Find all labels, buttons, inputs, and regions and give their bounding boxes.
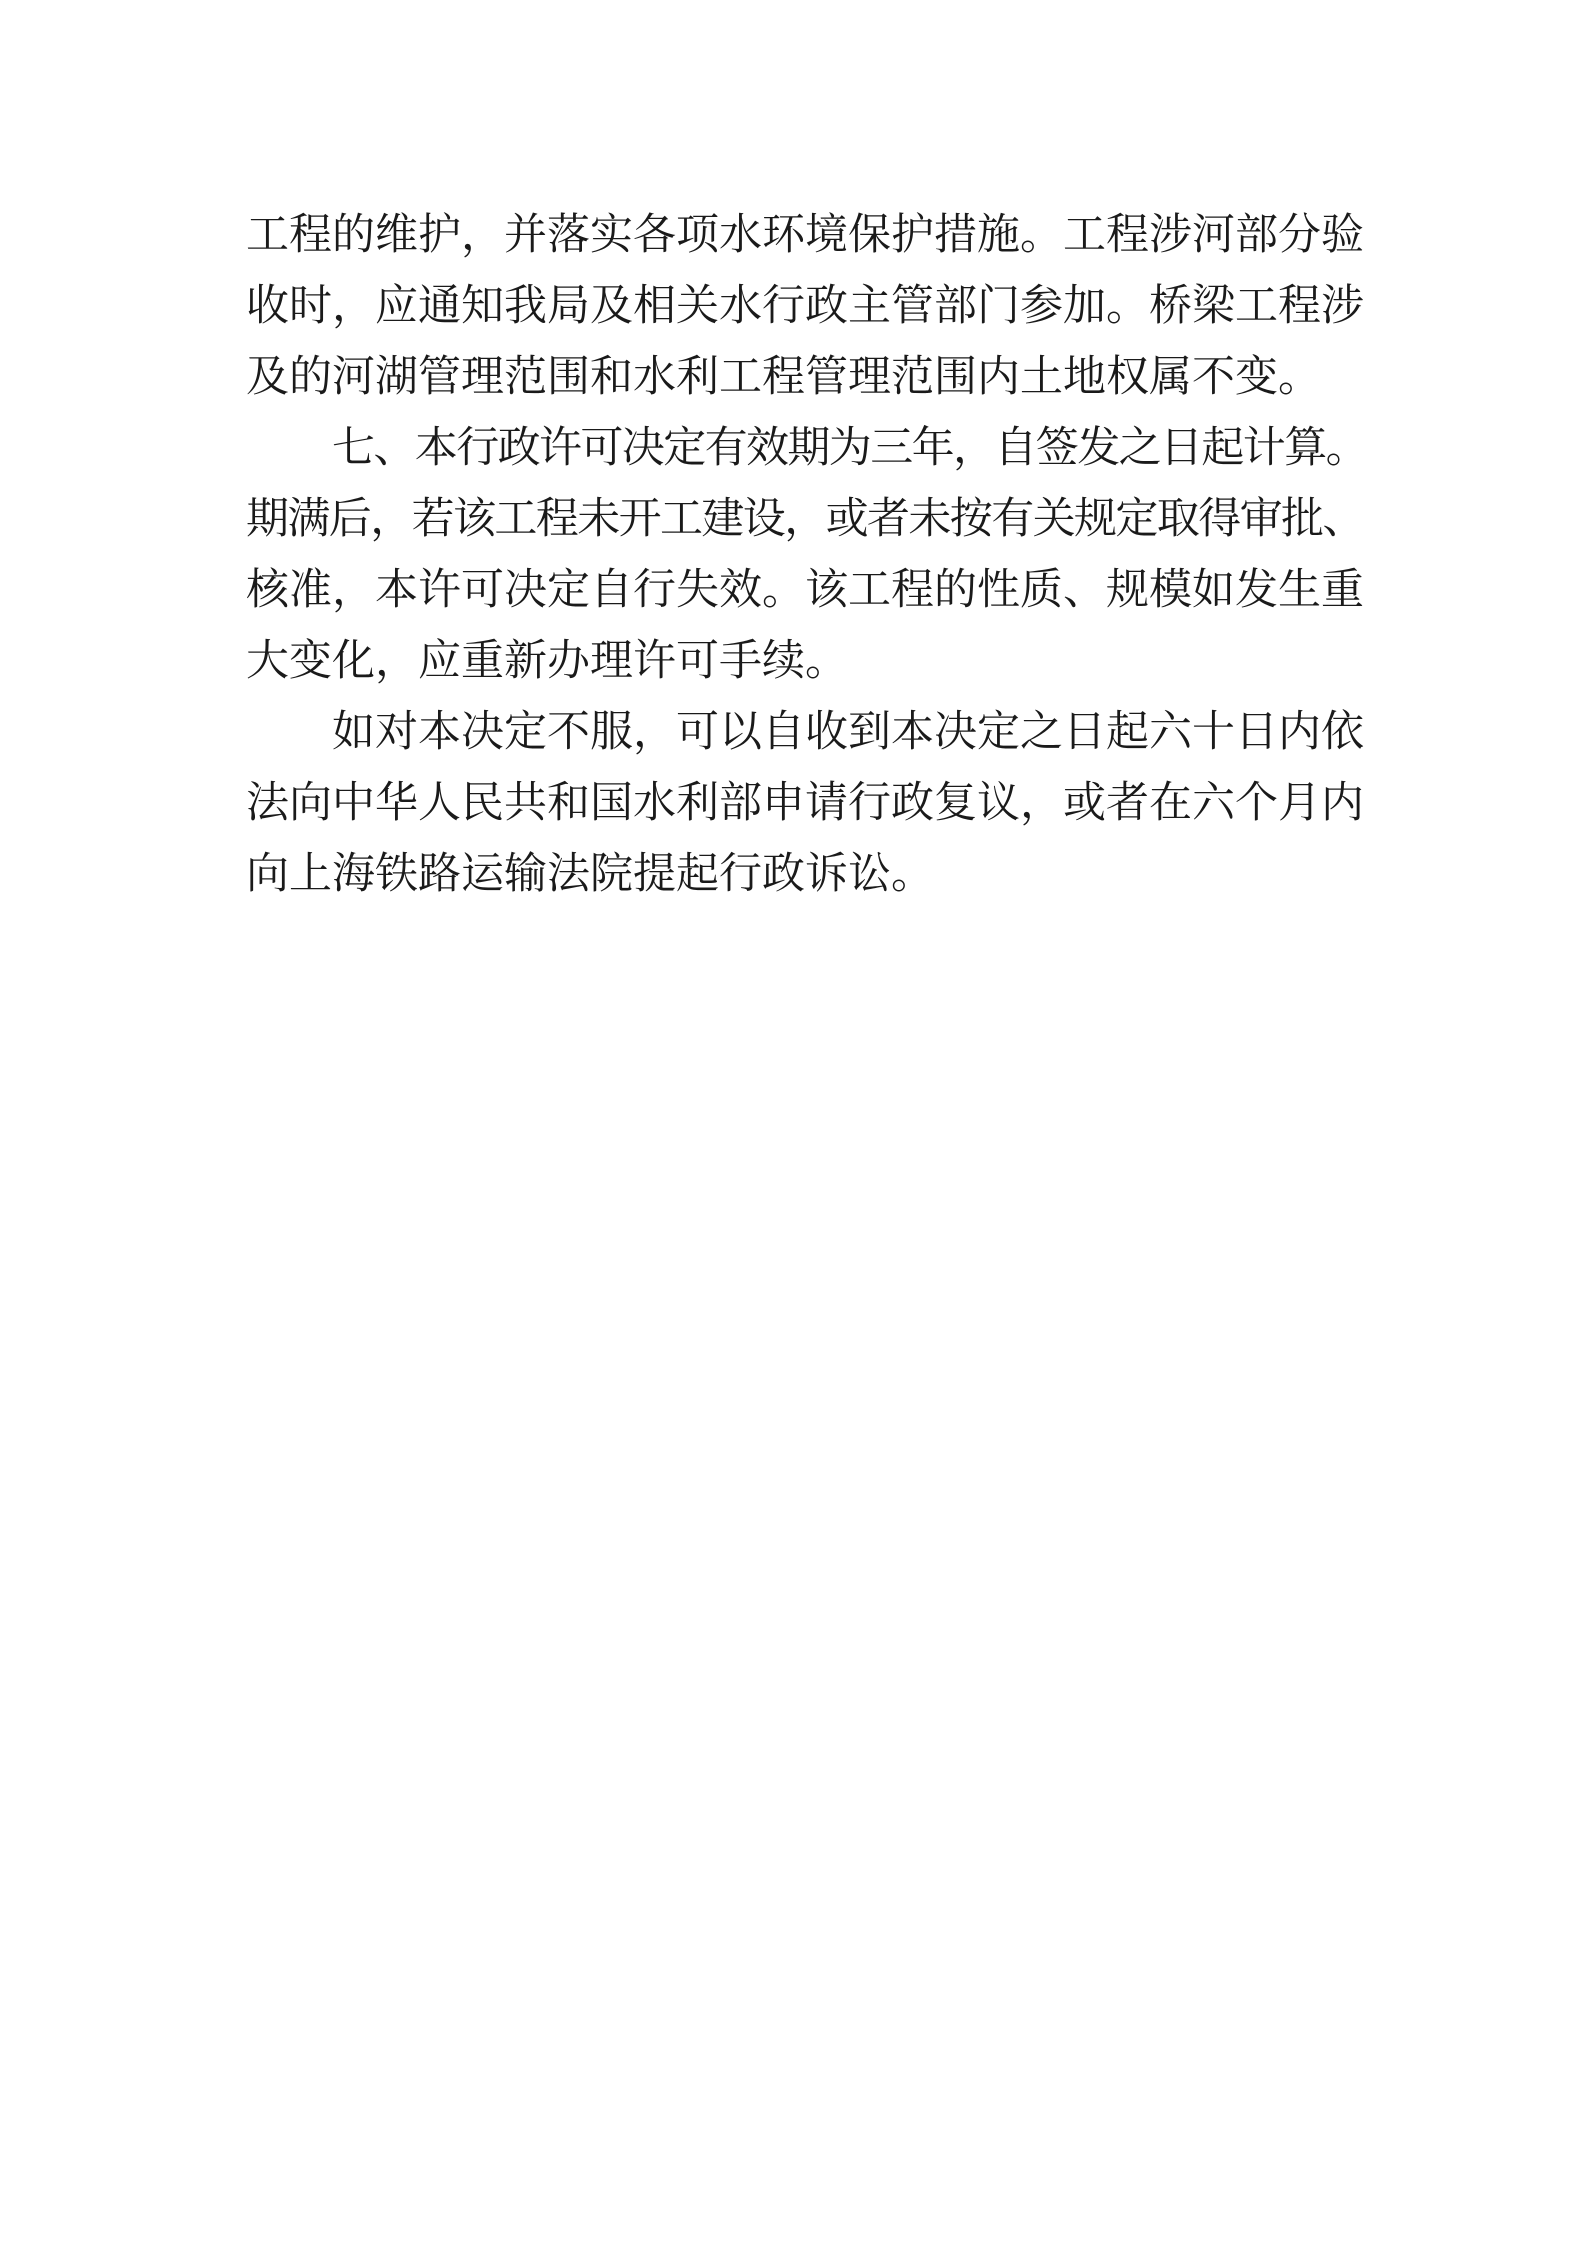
document-text-block: 工程的维护，并落实各项水环境保护措施。工程涉河部分验 收时，应通知我局及相关水行… (246, 200, 1368, 910)
text-line: 大变化，应重新办理许可手续。 (246, 626, 1368, 697)
text-line: 如对本决定不服，可以自收到本决定之日起六十日内依 (246, 697, 1368, 768)
text-line: 核准，本许可决定自行失效。该工程的性质、规模如发生重 (246, 555, 1368, 626)
document-page: 工程的维护，并落实各项水环境保护措施。工程涉河部分验 收时，应通知我局及相关水行… (0, 0, 1587, 2245)
text-line: 工程的维护，并落实各项水环境保护措施。工程涉河部分验 (246, 200, 1368, 271)
text-line: 及的河湖管理范围和水利工程管理范围内土地权属不变。 (246, 342, 1368, 413)
text-line: 期满后，若该工程未开工建设，或者未按有关规定取得审批、 (246, 484, 1368, 555)
text-line: 七、本行政许可决定有效期为三年，自签发之日起计算。 (246, 413, 1368, 484)
text-line: 法向中华人民共和国水利部申请行政复议，或者在六个月内 (246, 768, 1368, 839)
text-line: 向上海铁路运输法院提起行政诉讼。 (246, 839, 1368, 910)
text-line: 收时，应通知我局及相关水行政主管部门参加。桥梁工程涉 (246, 271, 1368, 342)
